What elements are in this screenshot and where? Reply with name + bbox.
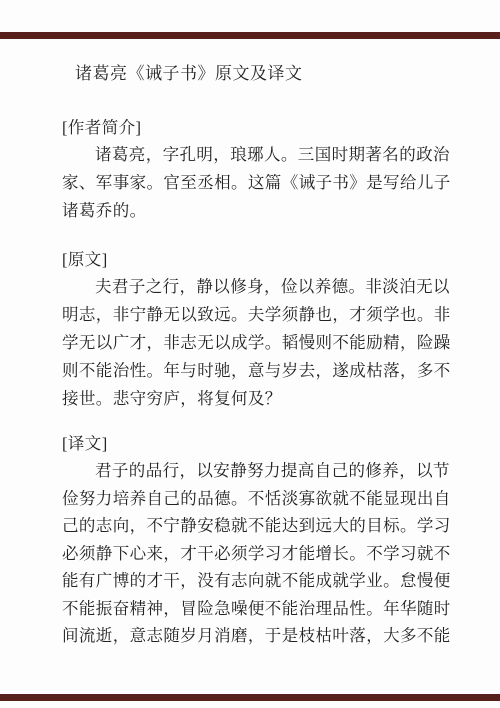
text-line: 必须静下心来，才干必须学习才能增长。不学习就不 — [62, 540, 460, 568]
section-author-intro: [作者简介] 诸葛亮，字孔明，琅琊人。三国时期著名的政治家、军事家。官至丞相。这… — [62, 115, 460, 225]
author-intro-heading: [作者简介] — [62, 115, 460, 141]
text-line: 君子的品行，以安静努力提高自己的修养，以节 — [62, 457, 460, 485]
text-line: 诸葛乔的。 — [62, 197, 460, 225]
text-line: 则不能治性。年与时驰，意与岁去，遂成枯落，多不 — [62, 357, 460, 385]
original-text-paragraph: 夫君子之行，静以修身，俭以养德。非淡泊无以明志，非宁静无以致远。夫学须静也，才须… — [62, 273, 460, 413]
text-line: 诸葛亮，字孔明，琅琊人。三国时期著名的政治 — [62, 141, 460, 169]
text-line: 明志，非宁静无以致远。夫学须静也，才须学也。非 — [62, 301, 460, 329]
document-page: 诸葛亮《诫子书》原文及译文 [作者简介] 诸葛亮，字孔明，琅琊人。三国时期著名的… — [0, 0, 500, 708]
section-translation: [译文] 君子的品行，以安静努力提高自己的修养，以节俭努力培养自己的品德。不恬淡… — [62, 431, 460, 650]
bottom-edge-bar — [0, 694, 500, 701]
text-line: 己的志向，不宁静安稳就不能达到远大的目标。学习 — [62, 512, 460, 540]
page-title: 诸葛亮《诫子书》原文及译文 — [75, 59, 303, 84]
translation-paragraph: 君子的品行，以安静努力提高自己的修养，以节俭努力培养自己的品德。不恬淡寡欲就不能… — [62, 457, 460, 650]
text-line: 家、军事家。官至丞相。这篇《诫子书》是写给儿子 — [62, 169, 460, 197]
text-line: 俭努力培养自己的品德。不恬淡寡欲就不能显现出自 — [62, 485, 460, 513]
text-line: 夫君子之行，静以修身，俭以养德。非淡泊无以 — [62, 273, 460, 301]
text-line: 间流逝，意志随岁月消磨，于是枝枯叶落，大多不能 — [62, 622, 460, 650]
text-line: 接世。悲守穷庐，将复何及？ — [62, 385, 460, 413]
author-intro-paragraph: 诸葛亮，字孔明，琅琊人。三国时期著名的政治家、军事家。官至丞相。这篇《诫子书》是… — [62, 141, 460, 225]
translation-heading: [译文] — [62, 431, 460, 457]
original-text-heading: [原文] — [62, 247, 460, 273]
text-line: 不能振奋精神，冒险急噪便不能治理品性。年华随时 — [62, 595, 460, 623]
text-line: 能有广博的才干，没有志向就不能成就学业。怠慢便 — [62, 567, 460, 595]
text-line: 学无以广才，非志无以成学。韬慢则不能励精，险躁 — [62, 329, 460, 357]
section-original-text: [原文] 夫君子之行，静以修身，俭以养德。非淡泊无以明志，非宁静无以致远。夫学须… — [62, 247, 460, 413]
top-edge-bar — [0, 32, 500, 39]
